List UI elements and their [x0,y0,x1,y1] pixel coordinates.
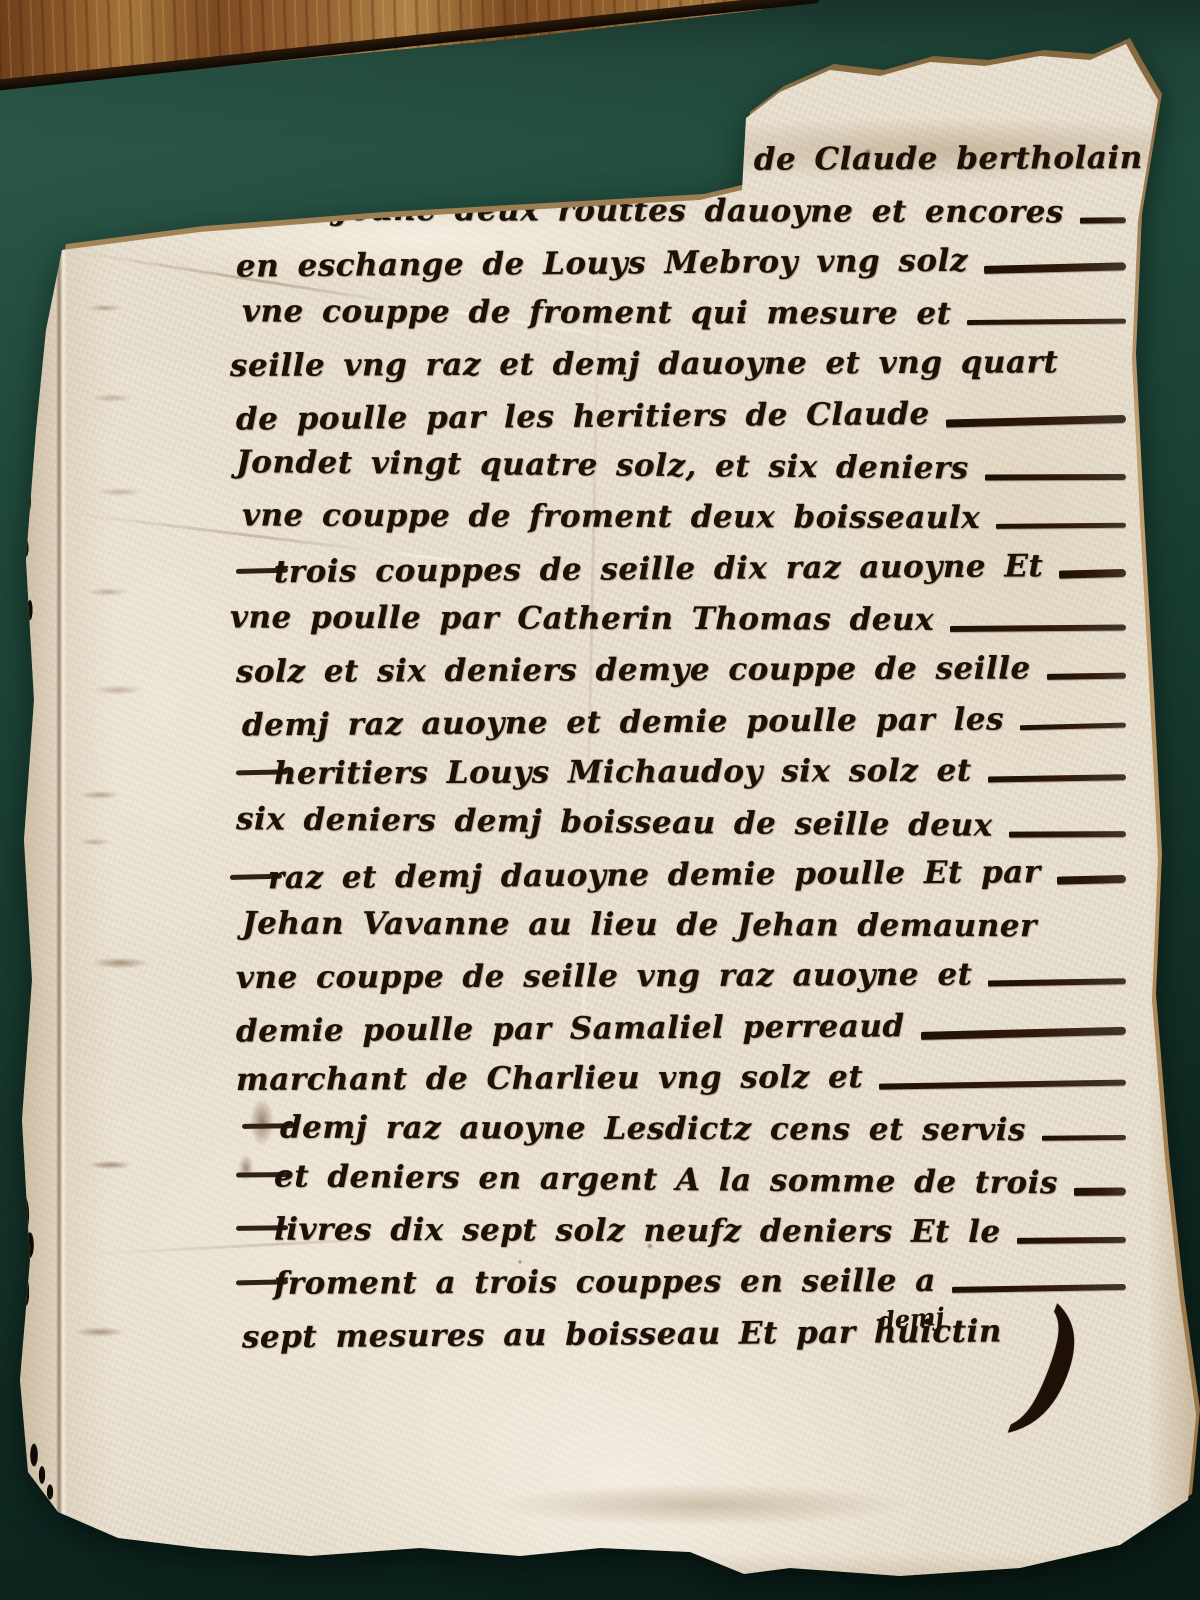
manuscript-line-text: Jehan Vavanne au lieu de Jehan demauner [242,905,1037,944]
manuscript-line: et deniers en argent A la somme de trois [236,1158,1126,1217]
manuscript-line: solz et six deniers demye couppe de seil… [236,650,1126,705]
manuscript-line: demj raz auoyne Lesdictz cens et servis [242,1109,1126,1163]
manuscript-line: trois couppes de seille dix raz auoyne E… [236,548,1126,606]
manuscript-line-text: vne couppe de froment deux boisseaulx [242,497,980,536]
line-filler-stroke [946,414,1126,427]
closing-paren-flourish: ) [1015,1302,1092,1430]
line-filler-stroke [1009,831,1126,837]
manuscript-line-text: marchant de Charlieu vng solz et [236,1059,863,1098]
line-filler-stroke [985,474,1126,480]
line-filler-stroke [1074,1187,1126,1195]
manuscript-line: vne couppe de froment deux boisseaulx [242,497,1126,551]
manuscript-line: vne poulle par Catherin Thomas deux [230,599,1126,653]
manuscript-line-text: froment a trois couppes en seille a [274,1263,936,1302]
manuscript-line-text: vne couppe de seille vng raz auoyne et [236,957,973,996]
manuscript-line: heritiers Louys Michaudoy six solz et [236,752,1126,807]
line-filler-stroke [1159,162,1183,168]
lead-ink-stroke [236,568,288,574]
line-filler-stroke [1080,217,1126,223]
line-filler-stroke [1057,874,1126,884]
manuscript-line: Jondet vingt quatre solz, et six deniers [236,444,1126,503]
interlinear-insertion: demj [877,1302,945,1336]
manuscript-line: vne couppe de froment qui mesure et [242,293,1126,347]
manuscript-line-text: et deniers en argent A la somme de trois [274,1158,1058,1201]
manuscript-line-text: demie poulle par Samaliel perreaud [236,1008,905,1049]
manuscript-line-text: raz et demj dauoyne demie poulle Et par [268,854,1041,896]
manuscript-line: de poulle Et en eschange de Claude berth… [260,140,1126,195]
photographed-manuscript-scene: de poulle Et en eschange de Claude berth… [0,0,1200,1600]
lead-ink-stroke [236,205,288,211]
lead-ink-stroke [236,769,288,775]
manuscript-line: froment a trois couppes en seille a [236,1262,1126,1317]
manuscript-line: six deniers demj boisseau de seille deux [236,801,1126,860]
line-filler-stroke [988,978,1126,986]
manuscript-line: marchant de Charlieu vng solz et [236,1058,1126,1113]
manuscript-line-text: six deniers demj boisseau de seille deux [236,801,993,844]
manuscript-line-text: solz et six deniers demye couppe de seil… [236,650,1031,689]
manuscript-line-text: heritiers Louys Michaudoy six solz et [274,753,972,792]
line-filler-stroke [1042,1135,1126,1141]
manuscript-line-text: livres dix sept solz neufz deniers Et le [274,1212,1001,1251]
manuscript-line: livres dix sept solz neufz deniers Et le [236,1211,1126,1265]
paper-crease [74,250,707,353]
line-filler-stroke [952,1283,1126,1292]
line-filler-stroke [921,1026,1126,1039]
line-filler-stroke [984,262,1126,274]
manuscript-line: sept mesures au boisseau Et par huictin [242,1313,1126,1371]
manuscript-line-text: de poulle Et en eschange de Claude berth… [260,140,1143,180]
paper-crease [62,511,618,582]
line-filler-stroke [950,624,1126,632]
line-filler-stroke [1047,672,1126,679]
paper-crease [90,1227,569,1255]
line-filler-stroke [1017,1236,1126,1243]
line-filler-stroke [967,319,1126,325]
manuscript-line: en eschange de Louys Mebroy vng solz [236,242,1126,300]
manuscript-line: raz et demj dauoyne demie poulle Et par [230,853,1126,911]
manuscript-line-text: demj raz auoyne Lesdictz cens et servis [280,1110,1026,1149]
manuscript-line: Jehan Vavanne au lieu de Jehan demauner [242,905,1126,959]
paper-crease [571,220,601,1520]
manuscript-line: de poulle par les heritiers de Claude [236,395,1126,453]
line-filler-stroke [879,1079,1126,1089]
line-filler-stroke [988,774,1126,782]
manuscript-text: de poulle Et en eschange de Claude berth… [236,142,1126,1366]
manuscript-line-text: vne couppe de froment qui mesure et [242,293,952,331]
manuscript-line: demie poulle par Samaliel perreaud [236,1007,1126,1065]
manuscript-line: demj raz auoyne et demie poulle par les [242,701,1126,759]
line-filler-stroke [1059,568,1126,578]
line-filler-stroke [1020,723,1126,731]
manuscript-page-wrap: de poulle Et en eschange de Claude berth… [0,0,1200,1600]
lead-ink-stroke [230,874,282,880]
manuscript-line-text: Jondet vingt quatre solz, et six deniers [236,444,969,486]
lead-ink-stroke [236,1279,288,1285]
manuscript-line-text: sept mesures au boisseau Et par huictin [242,1314,1002,1356]
manuscript-line-text: vne poulle par Catherin Thomas deux [230,599,934,637]
manuscript-line-text: de poulle par les heritiers de Claude [236,396,930,437]
manuscript-line-text: trois couppes de seille dix raz auoyne E… [274,548,1044,590]
line-filler-stroke [996,523,1126,529]
manuscript-line-text: demj raz auoyne et demie poulle par les [242,701,1004,743]
lead-ink-stroke [236,1225,288,1231]
binding-stitches [8,236,100,1526]
manuscript-line: vne couppe de seille vng raz auoyne et [236,956,1126,1011]
lead-ink-stroke [236,1172,288,1177]
manuscript-line-text: en eschange de Louys Mebroy vng solz [236,243,968,285]
manuscript-line-text: seille vng raz et demj dauoyne et vng qu… [230,344,1058,384]
lead-ink-stroke [242,1123,294,1129]
manuscript-line: seille vng raz et demj dauoyne et vng qu… [230,344,1126,399]
manuscript-page: de poulle Et en eschange de Claude berth… [0,0,1200,1600]
